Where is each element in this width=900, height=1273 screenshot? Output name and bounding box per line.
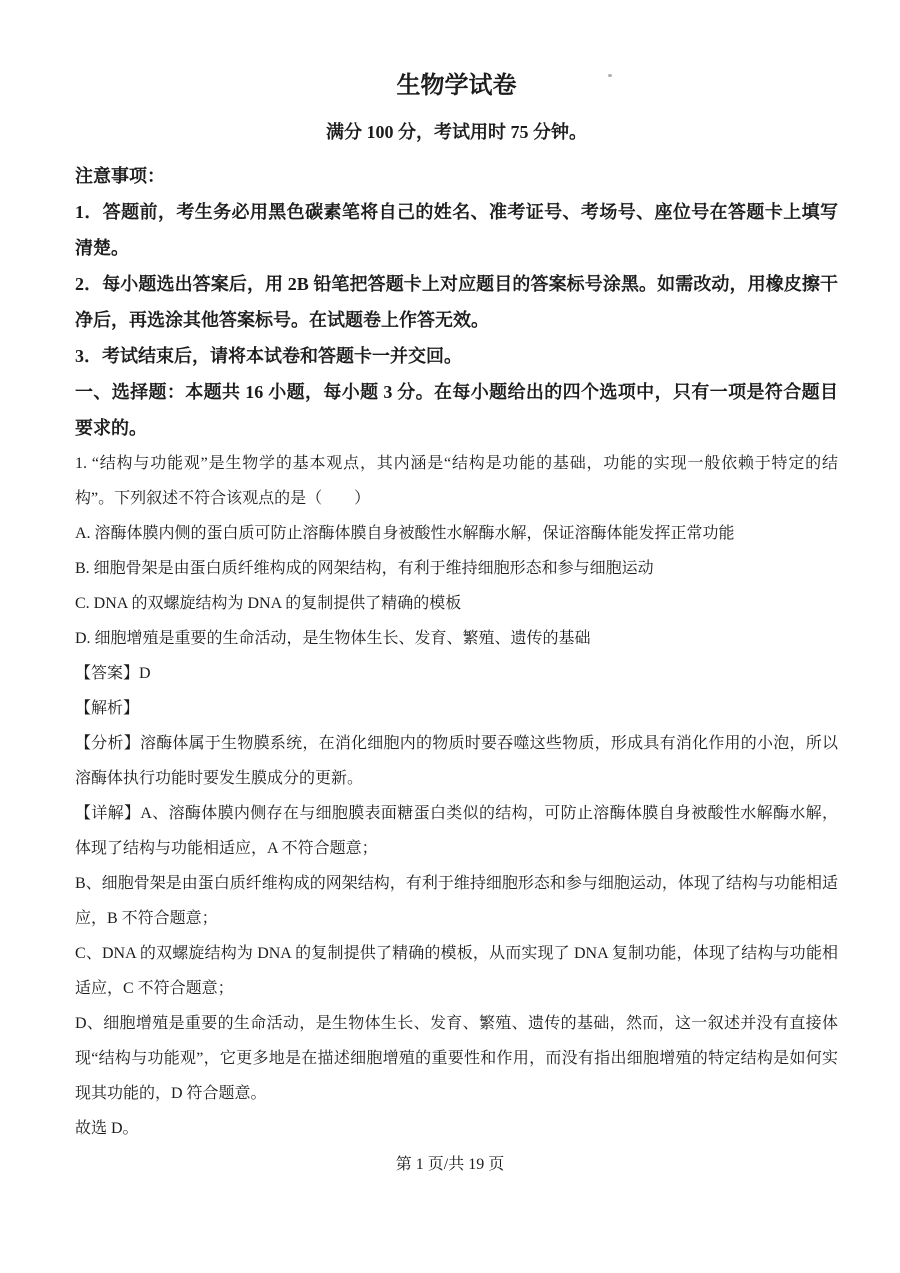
option-d: D. 细胞增殖是重要的生命活动，是生物体生长、发育、繁殖、遗传的基础 [75,621,838,656]
detail-paragraph-b: B、细胞骨架是由蛋白质纤维构成的网架结构，有利于维持细胞形态和参与细胞运动，体现… [75,866,838,936]
stray-mark [608,74,612,77]
detail-paragraph-a: 【详解】A、溶酶体膜内侧存在与细胞膜表面糖蛋白类似的结构，可防止溶酶体膜自身被酸… [75,796,838,866]
page-footer: 第 1 页/共 19 页 [0,1155,900,1175]
conclusion-line: 故选 D。 [75,1111,838,1146]
page-title: 生物学试卷 [75,68,838,104]
answer-line: 【答案】D [75,656,838,691]
notice-item-3: 3．考试结束后，请将本试卷和答题卡一并交回。 [75,338,838,374]
question-stem: 1. “结构与功能观”是生物学的基本观点，其内涵是“结构是功能的基础，功能的实现… [75,446,838,516]
notice-item-2: 2．每小题选出答案后，用 2B 铅笔把答题卡上对应题目的答案标号涂黑。如需改动，… [75,266,838,338]
detail-paragraph-d: D、细胞增殖是重要的生命活动，是生物体生长、发育、繁殖、遗传的基础，然而，这一叙… [75,1006,838,1111]
notice-heading: 注意事项： [75,158,838,194]
notice-item-1: 1．答题前，考生务必用黑色碳素笔将自己的姓名、准考证号、考场号、座位号在答题卡上… [75,194,838,266]
option-b: B. 细胞骨架是由蛋白质纤维构成的网架结构，有利于维持细胞形态和参与细胞运动 [75,551,838,586]
section-heading: 一、选择题：本题共 16 小题，每小题 3 分。在每小题给出的四个选项中，只有一… [75,374,838,446]
exam-meta-line: 满分 100 分，考试用时 75 分钟。 [75,114,838,150]
option-c: C. DNA 的双螺旋结构为 DNA 的复制提供了精确的模板 [75,586,838,621]
analysis-heading: 【解析】 [75,691,838,726]
analysis-paragraph: 【分析】溶酶体属于生物膜系统，在消化细胞内的物质时要吞噬这些物质，形成具有消化作… [75,726,838,796]
detail-paragraph-c: C、DNA 的双螺旋结构为 DNA 的复制提供了精确的模板，从而实现了 DNA … [75,936,838,1006]
option-a: A. 溶酶体膜内侧的蛋白质可防止溶酶体膜自身被酸性水解酶水解，保证溶酶体能发挥正… [75,516,838,551]
exam-paper-page: 生物学试卷 满分 100 分，考试用时 75 分钟。 注意事项： 1．答题前，考… [0,0,900,1273]
